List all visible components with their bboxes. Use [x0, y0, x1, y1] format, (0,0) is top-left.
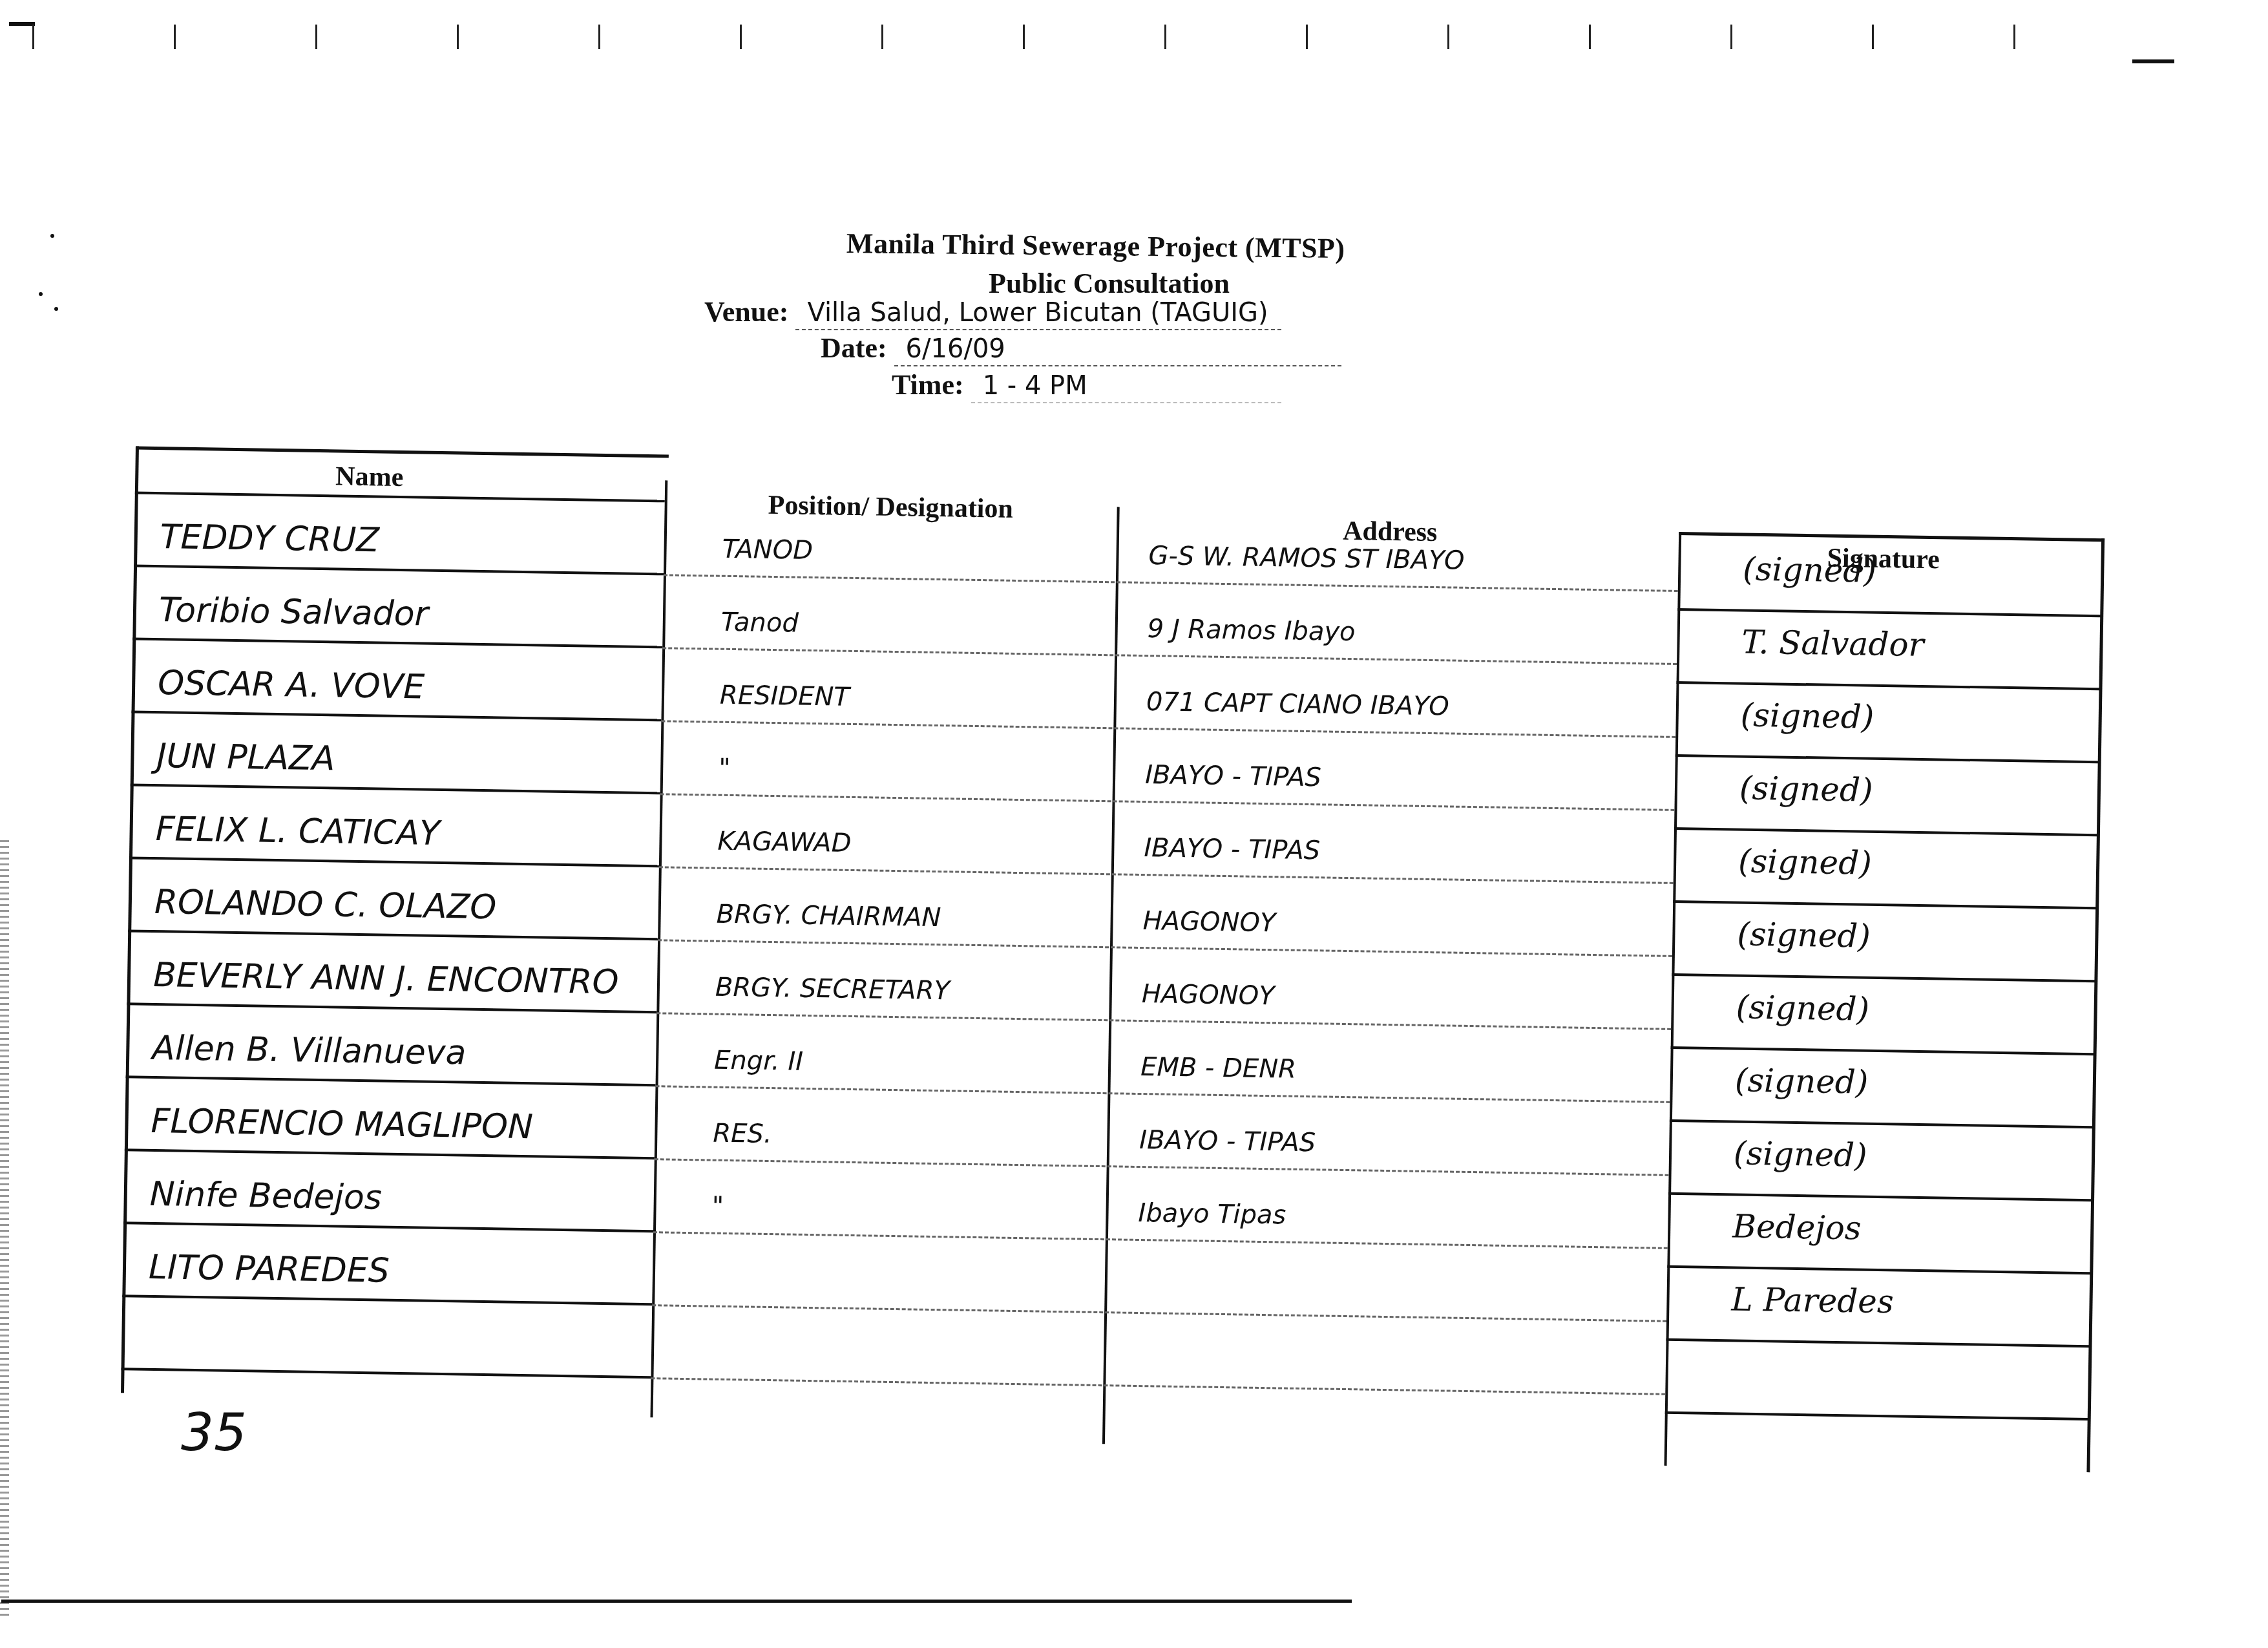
cell-position: BRGY. CHAIRMAN	[716, 900, 941, 933]
cell-name: Toribio Salvador	[159, 591, 429, 634]
cell-position: RESIDENT	[720, 681, 850, 712]
cell-address: HAGONOY	[1142, 906, 1276, 938]
cell-position: BRGY. SECRETARY	[715, 973, 950, 1006]
cell-address: HAGONOY	[1142, 979, 1275, 1011]
cell-signature: (signed)	[1740, 697, 1874, 736]
cell-address: G-S W. RAMOS ST IBAYO	[1148, 541, 1465, 576]
venue-value: Villa Salud, Lower Bicutan (TAGUIG)	[795, 298, 1281, 330]
cell-address: 071 CAPT CIANO IBAYO	[1146, 687, 1449, 721]
cell-position: Tanod	[720, 607, 799, 639]
scan-bottom-line	[1, 1600, 1352, 1603]
cell-address: IBAYO - TIPAS	[1145, 760, 1321, 792]
cell-position: "	[719, 754, 731, 783]
cell-name: ROLANDO C. OLAZO	[154, 883, 496, 927]
header-address: Address	[1343, 516, 1438, 548]
cell-signature: (signed)	[1734, 1134, 1867, 1174]
cell-position: KAGAWAD	[717, 827, 852, 858]
scan-mark	[9, 22, 35, 26]
cell-address: IBAYO - TIPAS	[1144, 833, 1320, 865]
row-rule-dashed	[656, 1012, 1671, 1030]
cell-name: BEVERLY ANN J. ENCONTRO	[153, 956, 619, 1002]
cell-position: Engr. II	[714, 1046, 804, 1077]
row-rule-dashed	[659, 866, 1674, 884]
cell-signature: (signed)	[1739, 770, 1873, 809]
ruler-tick	[1023, 25, 1025, 49]
date-value: 6/16/09	[894, 334, 1341, 366]
scan-mark	[2132, 59, 2174, 63]
header-position: Position/ Designation	[768, 490, 1013, 525]
cell-name: Allen B. Villanueva	[152, 1029, 467, 1073]
row-rule-dashed	[658, 939, 1672, 957]
cell-signature: L Paredes	[1731, 1280, 1894, 1320]
ruler-tick	[1306, 25, 1308, 49]
cell-name: FLORENCIO MAGLIPON	[151, 1102, 533, 1146]
cell-name: TEDDY CRUZ	[160, 518, 379, 560]
cell-signature: Bedejos	[1732, 1207, 1862, 1247]
document-title: Manila Third Sewerage Project (MTSP)	[846, 227, 1345, 265]
margin-dot	[39, 292, 43, 296]
cell-signature: (signed)	[1738, 843, 1872, 882]
cell-position: "	[711, 1192, 724, 1221]
tally-mark: 35	[181, 1402, 247, 1463]
cell-signature: (signed)	[1734, 1061, 1868, 1101]
venue-label: Venue:	[704, 296, 788, 328]
cell-signature: (signed)	[1737, 915, 1871, 955]
ruler-tick	[1872, 25, 1874, 49]
ruler-tick	[1447, 25, 1449, 49]
column-divider	[1102, 507, 1120, 1444]
margin-dot	[50, 234, 54, 238]
cell-name: LITO PAREDES	[149, 1248, 390, 1291]
date-field: Date: 6/16/09	[821, 332, 1341, 366]
time-field: Time: 1 - 4 PM	[892, 368, 1281, 403]
row-rule-dashed	[660, 793, 1675, 811]
ruler-tick	[457, 25, 459, 49]
cell-name: Ninfe Bedejos	[149, 1175, 382, 1218]
cell-address: 9 J Ramos Ibayo	[1147, 614, 1356, 647]
row-rule-dashed	[651, 1377, 1665, 1395]
ruler-tick	[740, 25, 742, 49]
ruler-tick	[1730, 25, 1732, 49]
ruler-tick	[1164, 25, 1166, 49]
row-rule-dashed	[656, 1085, 1670, 1103]
ruler-tick	[881, 25, 883, 49]
cell-signature: T. Salvador	[1741, 624, 1924, 664]
cell-signature: (signed)	[1743, 551, 1876, 590]
row-rule-dashed	[662, 647, 1677, 665]
ruler-tick	[32, 25, 34, 49]
time-value: 1 - 4 PM	[971, 371, 1281, 403]
row-rule-dashed	[661, 720, 1675, 738]
row-rule-dashed	[652, 1304, 1666, 1322]
margin-dot	[54, 307, 58, 311]
header-name: Name	[335, 461, 404, 493]
cell-address: IBAYO - TIPAS	[1139, 1125, 1316, 1157]
time-label: Time:	[892, 369, 964, 401]
cell-signature: (signed)	[1736, 988, 1869, 1028]
cell-name: JUN PLAZA	[156, 737, 335, 778]
date-label: Date:	[821, 332, 887, 364]
cell-address: EMB - DENR	[1140, 1052, 1297, 1084]
signature-column-frame	[1664, 532, 2105, 1472]
ruler-tick	[598, 25, 600, 49]
attendance-table: Name Position/ Designation Address Signa…	[100, 446, 2106, 1485]
cell-position: TANOD	[722, 534, 813, 565]
cell-name: FELIX L. CATICAY	[155, 810, 440, 853]
cell-position: RES.	[713, 1119, 772, 1149]
ruler-tick	[174, 25, 176, 49]
ruler-tick	[2013, 25, 2015, 49]
venue-field: Venue: Villa Salud, Lower Bicutan (TAGUI…	[704, 295, 1281, 330]
ruler-tick	[1589, 25, 1591, 49]
scan-edge-noise	[0, 840, 9, 1616]
ruler-tick	[315, 25, 317, 49]
row-rule-dashed	[653, 1231, 1668, 1249]
cell-name: OSCAR A. VOVE	[158, 664, 425, 706]
row-rule-dashed	[655, 1158, 1669, 1176]
row-rule-dashed	[664, 574, 1678, 592]
cell-address: Ibayo Tipas	[1138, 1198, 1286, 1231]
